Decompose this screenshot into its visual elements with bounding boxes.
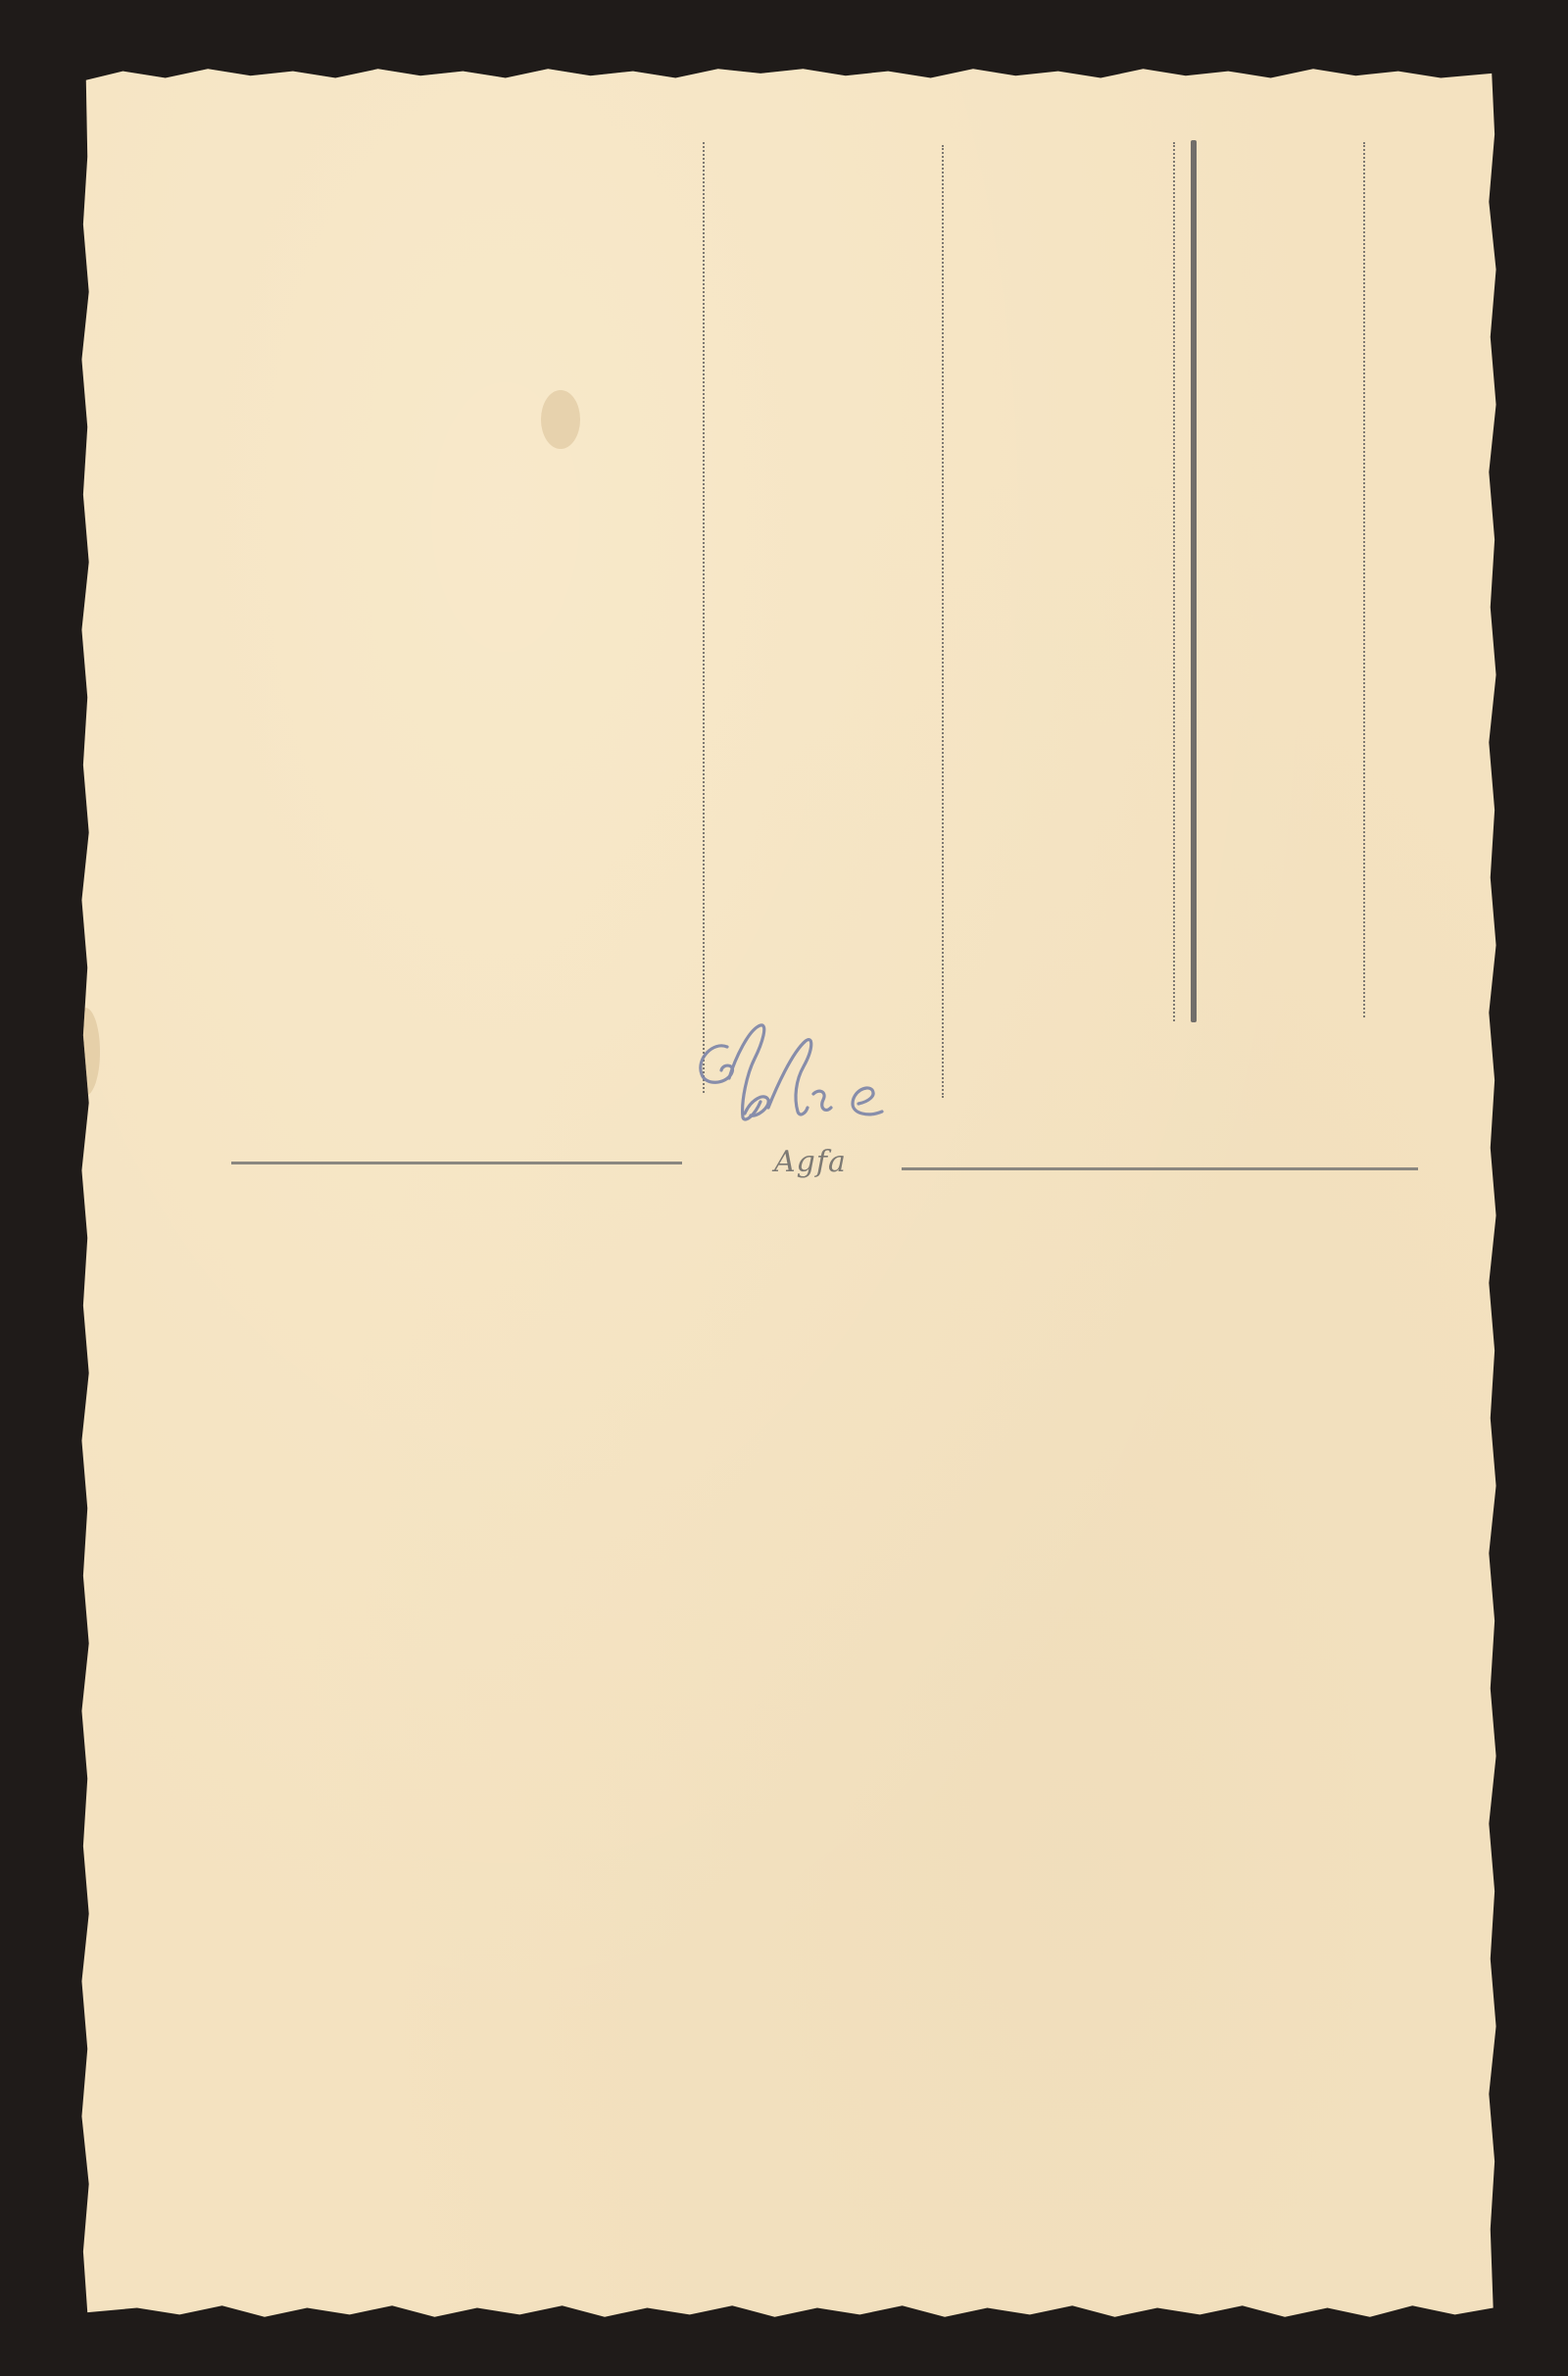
dotted-guide-line-1: [703, 142, 705, 1093]
solid-guide-line: [1191, 140, 1197, 1022]
brand-mark: Agfa: [774, 1145, 847, 1179]
dotted-guide-line-4: [1363, 142, 1365, 1017]
dotted-guide-line-2: [942, 145, 944, 1098]
dotted-guide-line-3: [1173, 142, 1175, 1021]
postcard-back: [80, 67, 1497, 2319]
handwriting-stroke-icon: [666, 1019, 902, 1127]
stain: [541, 390, 580, 449]
handwritten-note: Else: [666, 1019, 902, 1127]
divider-line-right: [902, 1167, 1418, 1170]
divider-line-left: [231, 1162, 682, 1164]
